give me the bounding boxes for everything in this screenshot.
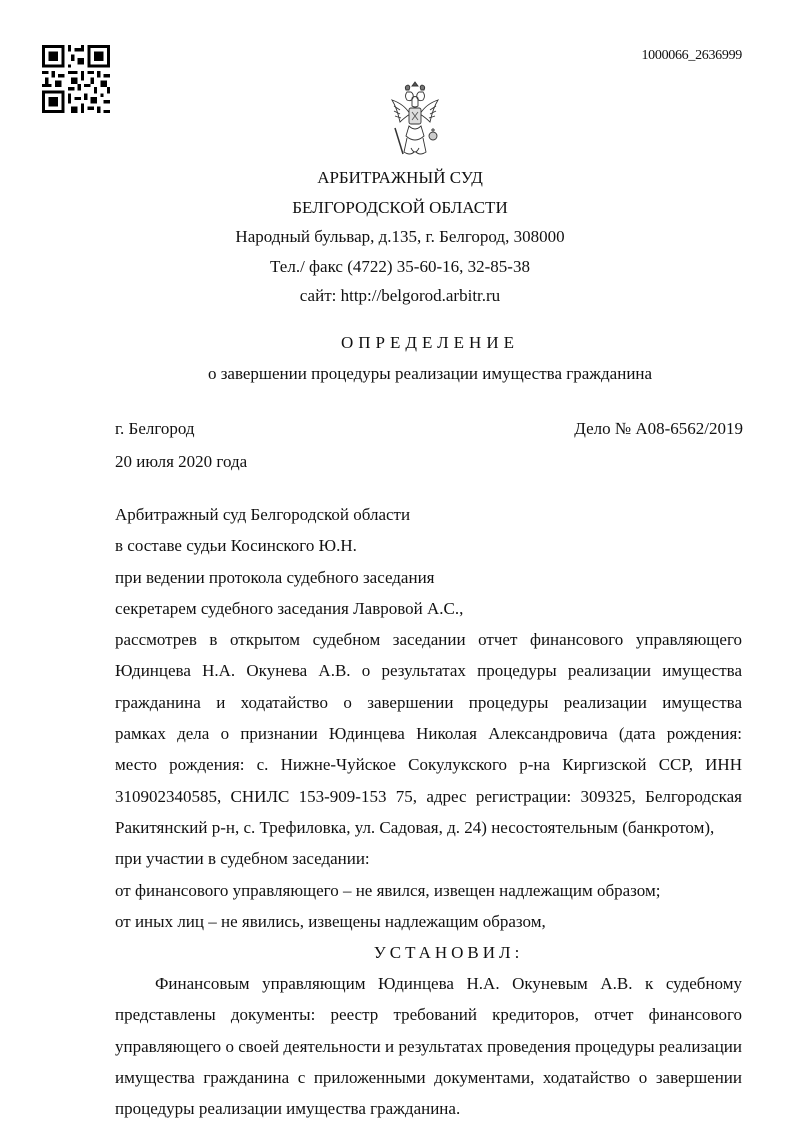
established-line: представлены документы: реестр требовани… [115,999,742,1030]
established-heading: УСТАНОВИЛ: [115,937,742,968]
court-address: Народный бульвар, д.135, г. Белгород, 30… [0,222,800,252]
intro-line: Арбитражный суд Белгородской области [115,499,742,530]
considering-line: рамках дела о признании Юдинцева Николая… [115,718,742,749]
considering-line: 310902340585, СНИЛС 153-909-153 75, адре… [115,781,742,812]
qr-code-icon [40,45,112,113]
document-date: 20 июля 2020 года [115,452,247,472]
intro-line: в составе судьи Косинского Ю.Н. [115,530,742,561]
considering-line: Юдинцева Н.А. Окунева А.В. о результатах… [115,655,742,686]
considering-line: рассмотрев в открытом судебном заседании… [115,624,742,655]
considering-line: место рождения: с. Нижне-Чуйское Сокулук… [115,749,742,780]
intro-line: при ведении протокола судебного заседани… [115,562,742,593]
document-body: Арбитражный суд Белгородской области в с… [115,499,742,1125]
court-phone: Тел./ факс (4722) 35-60-16, 32-85-38 [0,252,800,282]
court-header: АРБИТРАЖНЫЙ СУД БЕЛГОРОДСКОЙ ОБЛАСТИ Нар… [0,163,800,311]
established-line: Финансовым управляющим Юдинцева Н.А. Оку… [115,968,742,999]
established-line: управляющего о своей деятельности и резу… [115,1031,742,1062]
case-number: Дело № А08-6562/2019 [574,419,743,439]
document-id: 1000066_2636999 [641,48,742,64]
coat-of-arms-icon [389,78,441,160]
place: г. Белгород [115,419,195,439]
participation-line: при участии в судебном заседании: [115,843,742,874]
court-website: сайт: http://belgorod.arbitr.ru [0,281,800,311]
document-subtitle: о завершении процедуры реализации имущес… [0,364,800,384]
participation-line: от иных лиц – не явились, извещены надле… [115,906,742,937]
considering-line: Ракитянский р-н, с. Трефиловка, ул. Садо… [115,812,742,843]
court-name-line-1: АРБИТРАЖНЫЙ СУД [0,163,800,193]
established-line: процедуры реализации имущества гражданин… [115,1093,742,1124]
document-title: ОПРЕДЕЛЕНИЕ [0,333,800,353]
court-name-line-2: БЕЛГОРОДСКОЙ ОБЛАСТИ [0,193,800,223]
established-line: имущества гражданина с приложенными доку… [115,1062,742,1093]
intro-line: секретарем судебного заседания Лавровой … [115,593,742,624]
participation-line: от финансового управляющего – не явился,… [115,875,742,906]
considering-line: гражданина и ходатайство о завершении пр… [115,687,742,718]
